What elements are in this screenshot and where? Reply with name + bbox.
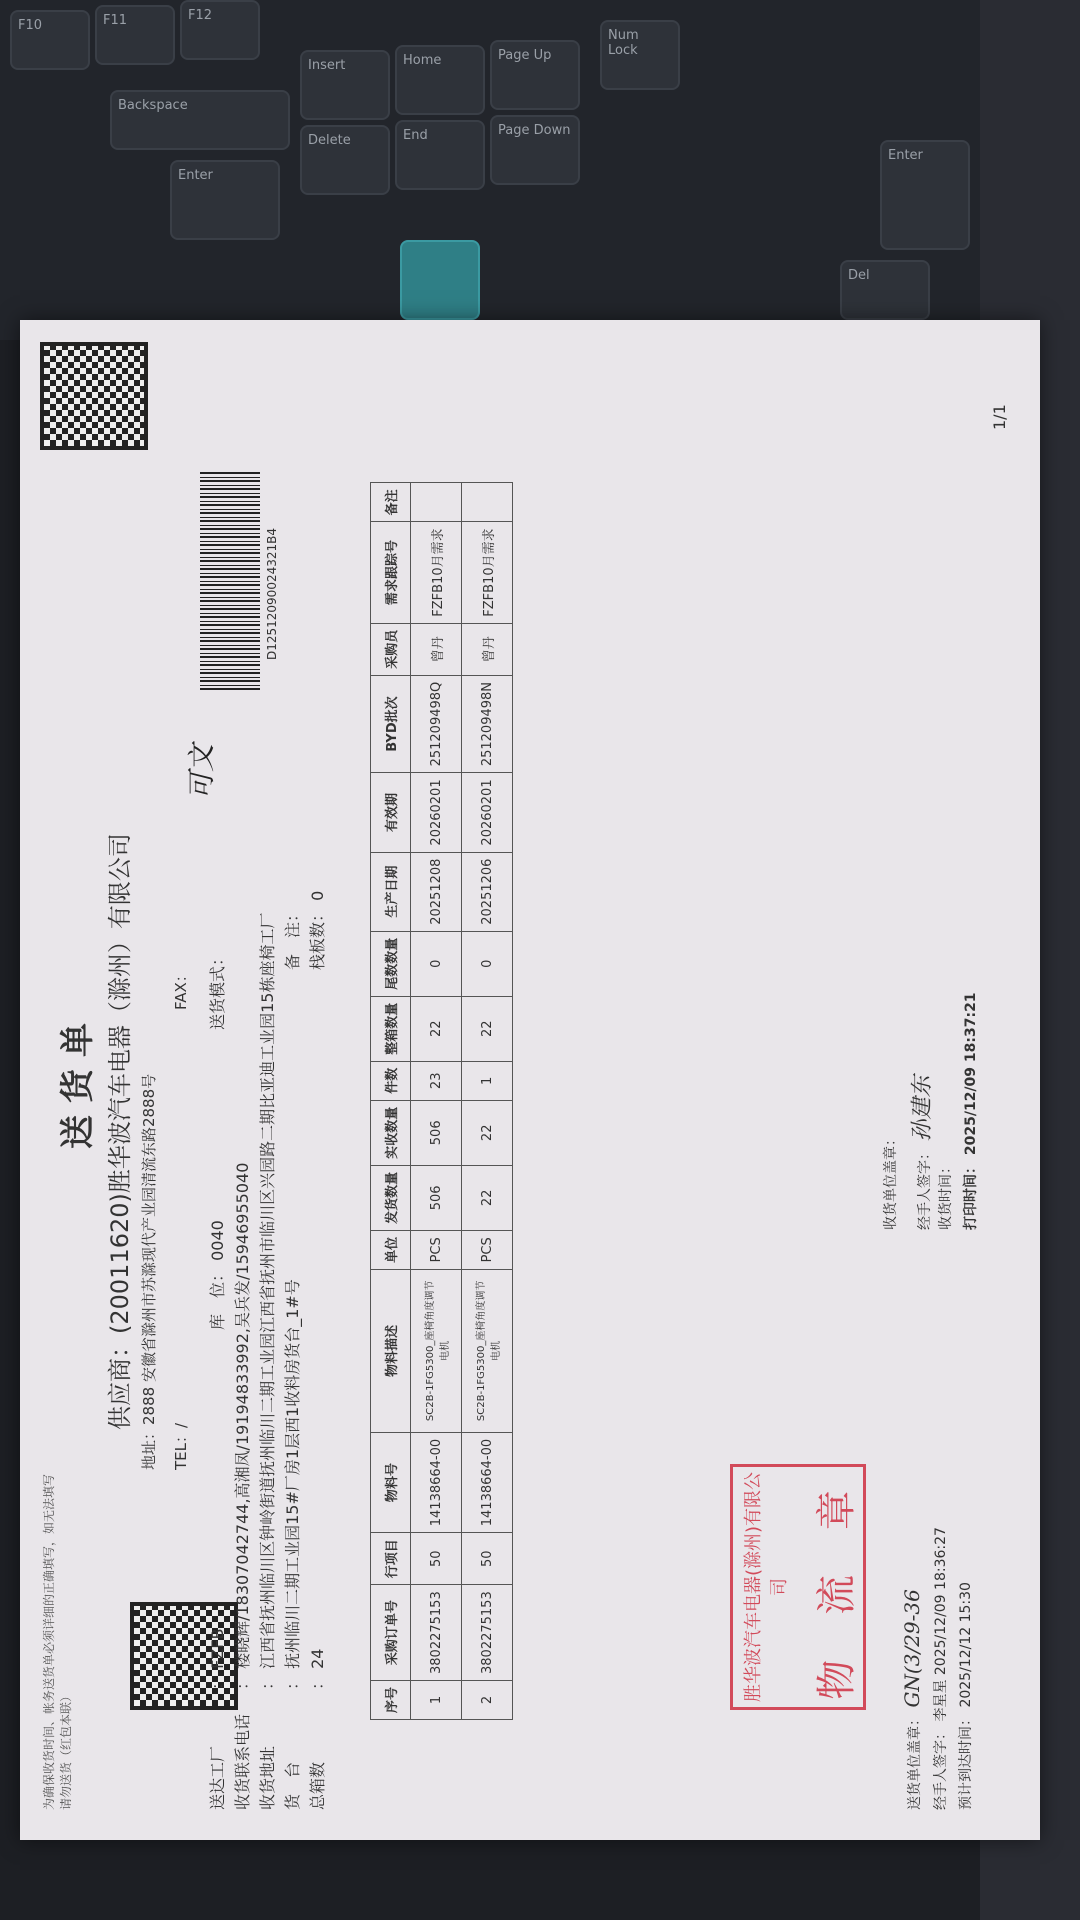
receiver-time: 收货时间： [935, 1160, 955, 1230]
key-pageup: Page Up [490, 40, 580, 110]
logistics-stamp: 胜华波汽车电器(滁州)有限公司 物 流 章 [730, 1464, 866, 1710]
field-label: 总箱数 [305, 1690, 328, 1810]
supplier-tel: TEL：/ [170, 1423, 191, 1470]
table-cell: 22 [462, 1100, 513, 1165]
qr-code [40, 342, 148, 450]
field-value: 24 [308, 1649, 327, 1669]
table-header-cell: 尾数数量 [371, 931, 411, 996]
key-delete: Delete [300, 125, 390, 195]
sender-handler-label: 经手人签字： [933, 1726, 949, 1810]
page-number: 1/1 [990, 404, 1009, 430]
field-label: 收货联系电话 [230, 1690, 253, 1810]
field-label: 送货模式 [208, 966, 227, 1030]
keyboard: F10 F11 F12 Insert Home Page Up Num Lock… [0, 0, 1080, 340]
field-label: 送达工厂 [205, 1690, 228, 1810]
table-header-cell: 单位 [371, 1230, 411, 1269]
table-header-cell: 需求跟踪号 [371, 522, 411, 623]
table-cell: 20260201 [462, 773, 513, 852]
receiver-handler: 经手人签字： 孙建东 [905, 1076, 936, 1230]
field-label: 备 注 [283, 922, 302, 970]
table-cell: 3802275153 [462, 1585, 513, 1681]
table-cell: 14138664-00 [462, 1432, 513, 1532]
table-cell: 曾丹 [462, 623, 513, 675]
barcode-text: D12512090024321B4 [265, 528, 279, 660]
field-location: 库 位： 0040 [205, 1220, 228, 1330]
key-f10: F10 [10, 10, 90, 70]
table-header-cell: 整箱数量 [371, 996, 411, 1061]
supplier-address: 地址：2888 安徽省滁州市苏滁现代产业园清流东路2888号 [138, 1074, 159, 1470]
table-cell: PCS [462, 1230, 513, 1269]
key-backspace: Backspace [110, 90, 290, 150]
table-cell: 1 [462, 1061, 513, 1100]
key-home: Home [395, 45, 485, 115]
sender-seal: 送货单位盖章： GN(3/29-36 [900, 1589, 924, 1810]
key-insert: Insert [300, 50, 390, 120]
table-body: 138022751535014138664-00SC2B-1FG5300_座椅角… [411, 483, 513, 1720]
receiver-handler-label: 经手人签字： [917, 1146, 933, 1230]
sender-seal-label: 送货单位盖章： [907, 1712, 923, 1810]
table-header-cell: 生产日期 [371, 852, 411, 931]
table-cell: 251209498N [462, 675, 513, 773]
delivery-note: 为确保收货时间、帐务送货单必须详细的正确填写，如无法填写请勿送货（红包本联） 送… [30, 330, 1030, 1830]
table-cell: 3802275153 [411, 1585, 462, 1681]
doc-title: 送货单 [50, 330, 99, 1830]
field-address: 收货地址： 江西省抚州临川区钟岭街道抚州临川二期工业园江西省抚州市临川区兴园路二… [255, 913, 278, 1810]
key-enter-numpad: Enter [880, 140, 970, 250]
barcode [200, 470, 260, 690]
field-value: FZFB [208, 1629, 227, 1669]
table-cell: PCS [411, 1230, 462, 1269]
table-cell: 50 [462, 1533, 513, 1585]
sender-eta-value: 2025/12/12 15:30 [958, 1582, 974, 1708]
key-teal [400, 240, 480, 320]
field-remark: 备 注： [280, 906, 303, 970]
table-cell: 506 [411, 1165, 462, 1230]
field-label: 库 位 [208, 1282, 227, 1330]
key-enter: Enter [170, 160, 280, 240]
field-label: 栈板数 [308, 922, 327, 970]
table-cell: 20260201 [411, 773, 462, 852]
table-header-cell: 物料号 [371, 1432, 411, 1532]
table-header-cell: 采购员 [371, 623, 411, 675]
receiver-seal: 收货单位盖章： [880, 1132, 900, 1230]
table-cell: SC2B-1FG5300_座椅角度调节电机 [411, 1269, 462, 1432]
sender-eta-label: 预计到达时间： [958, 1712, 974, 1810]
stamp-org: 胜华波汽车电器(滁州)有限公司 [739, 1467, 791, 1707]
table-cell: SC2B-1FG5300_座椅角度调节电机 [462, 1269, 513, 1432]
table-header-cell: 序号 [371, 1680, 411, 1719]
field-boxes: 总箱数： 24 [305, 1649, 328, 1810]
table-header-cell: 发货数量 [371, 1165, 411, 1230]
table-cell: 22 [462, 996, 513, 1061]
stamp-text: 物 流 章 [805, 1467, 862, 1707]
table-header-cell: 物料描述 [371, 1269, 411, 1432]
table-cell: 23 [411, 1061, 462, 1100]
table-cell [462, 483, 513, 522]
key-pagedown: Page Down [490, 115, 580, 185]
table-cell [411, 483, 462, 522]
field-factory: 送达工厂： FZFB [205, 1629, 228, 1810]
table-header-cell: 备注 [371, 483, 411, 522]
table-cell: 1 [411, 1680, 462, 1719]
key-f12: F12 [180, 0, 260, 60]
field-value: 0040 [208, 1220, 227, 1261]
field-value: 抚州临川二期工业园15#厂房1层西1收料房货台_1#号 [283, 1279, 302, 1669]
sender-eta: 预计到达时间： 2025/12/12 15:30 [955, 1582, 975, 1810]
table-cell: 22 [411, 996, 462, 1061]
table-cell: 14138664-00 [411, 1432, 462, 1532]
field-value: 0 [308, 891, 327, 901]
field-label: 收货地址 [255, 1690, 278, 1810]
table-header-cell: 采购订单号 [371, 1585, 411, 1681]
field-value: 江西省抚州临川区钟岭街道抚州临川二期工业园江西省抚州市临川区兴园路二期比亚迪工业… [258, 913, 277, 1669]
table-cell: 20251208 [411, 852, 462, 931]
table-header-cell: 行项目 [371, 1533, 411, 1585]
sender-handler: 经手人签字： 李星星 2025/12/09 18:36:27 [930, 1527, 950, 1810]
print-time-value: 2025/12/09 18:37:21 [963, 992, 979, 1155]
table-cell: 22 [462, 1165, 513, 1230]
supplier-name: 供应商：(20011620)胜华波汽车电器（滁州）有限公司 [100, 833, 135, 1430]
handwritten-mark: 可文 [180, 744, 220, 800]
supplier-fax: FAX： [170, 967, 191, 1010]
table-cell: FZFB10月需求 [462, 522, 513, 623]
receiver-handwriting: 孙建东 [910, 1076, 935, 1142]
table-header-row: 序号采购订单号行项目物料号物料描述单位发货数量实收数量件数整箱数量尾数数量生产日… [371, 483, 411, 1720]
sender-handwriting: GN(3/29-36 [900, 1589, 924, 1707]
key-del-numpad: Del [840, 260, 930, 320]
print-time-label: 打印时间： [963, 1160, 979, 1230]
table-header-cell: BYD批次 [371, 675, 411, 773]
table-cell: 2 [462, 1680, 513, 1719]
table-cell: 0 [462, 931, 513, 996]
field-pallets: 栈板数： 0 [305, 891, 328, 970]
items-table: 序号采购订单号行项目物料号物料描述单位发货数量实收数量件数整箱数量尾数数量生产日… [370, 482, 513, 1720]
table-header-cell: 件数 [371, 1061, 411, 1100]
field-value: 楼晓辉/18307042744,高湘凤/19194833992,吴兵发/1594… [233, 1163, 252, 1669]
table-header-cell: 有效期 [371, 773, 411, 852]
table-cell: 曾丹 [411, 623, 462, 675]
key-numlock: Num Lock [600, 20, 680, 90]
key-end: End [395, 120, 485, 190]
table-cell: 251209498Q [411, 675, 462, 773]
table-row: 138022751535014138664-00SC2B-1FG5300_座椅角… [411, 483, 462, 1720]
delivery-note-paper: 为确保收货时间、帐务送货单必须详细的正确填写，如无法填写请勿送货（红包本联） 送… [20, 320, 1040, 1840]
field-contact: 收货联系电话： 楼晓辉/18307042744,高湘凤/19194833992,… [230, 1163, 253, 1810]
key-f11: F11 [95, 5, 175, 65]
sender-handler-value: 李星星 2025/12/09 18:36:27 [933, 1527, 949, 1721]
table-cell: 0 [411, 931, 462, 996]
table-cell: 506 [411, 1100, 462, 1165]
field-label: 货 台 [280, 1690, 303, 1810]
field-dock: 货 台： 抚州临川二期工业园15#厂房1层西1收料房货台_1#号 [280, 1279, 303, 1810]
print-time: 打印时间： 2025/12/09 18:37:21 [960, 992, 980, 1230]
table-cell: 20251206 [462, 852, 513, 931]
table-cell: FZFB10月需求 [411, 522, 462, 623]
table-header-cell: 实收数量 [371, 1100, 411, 1165]
field-mode: 送货模式： [205, 950, 228, 1030]
table-cell: 50 [411, 1533, 462, 1585]
table-row: 238022751535014138664-00SC2B-1FG5300_座椅角… [462, 483, 513, 1720]
